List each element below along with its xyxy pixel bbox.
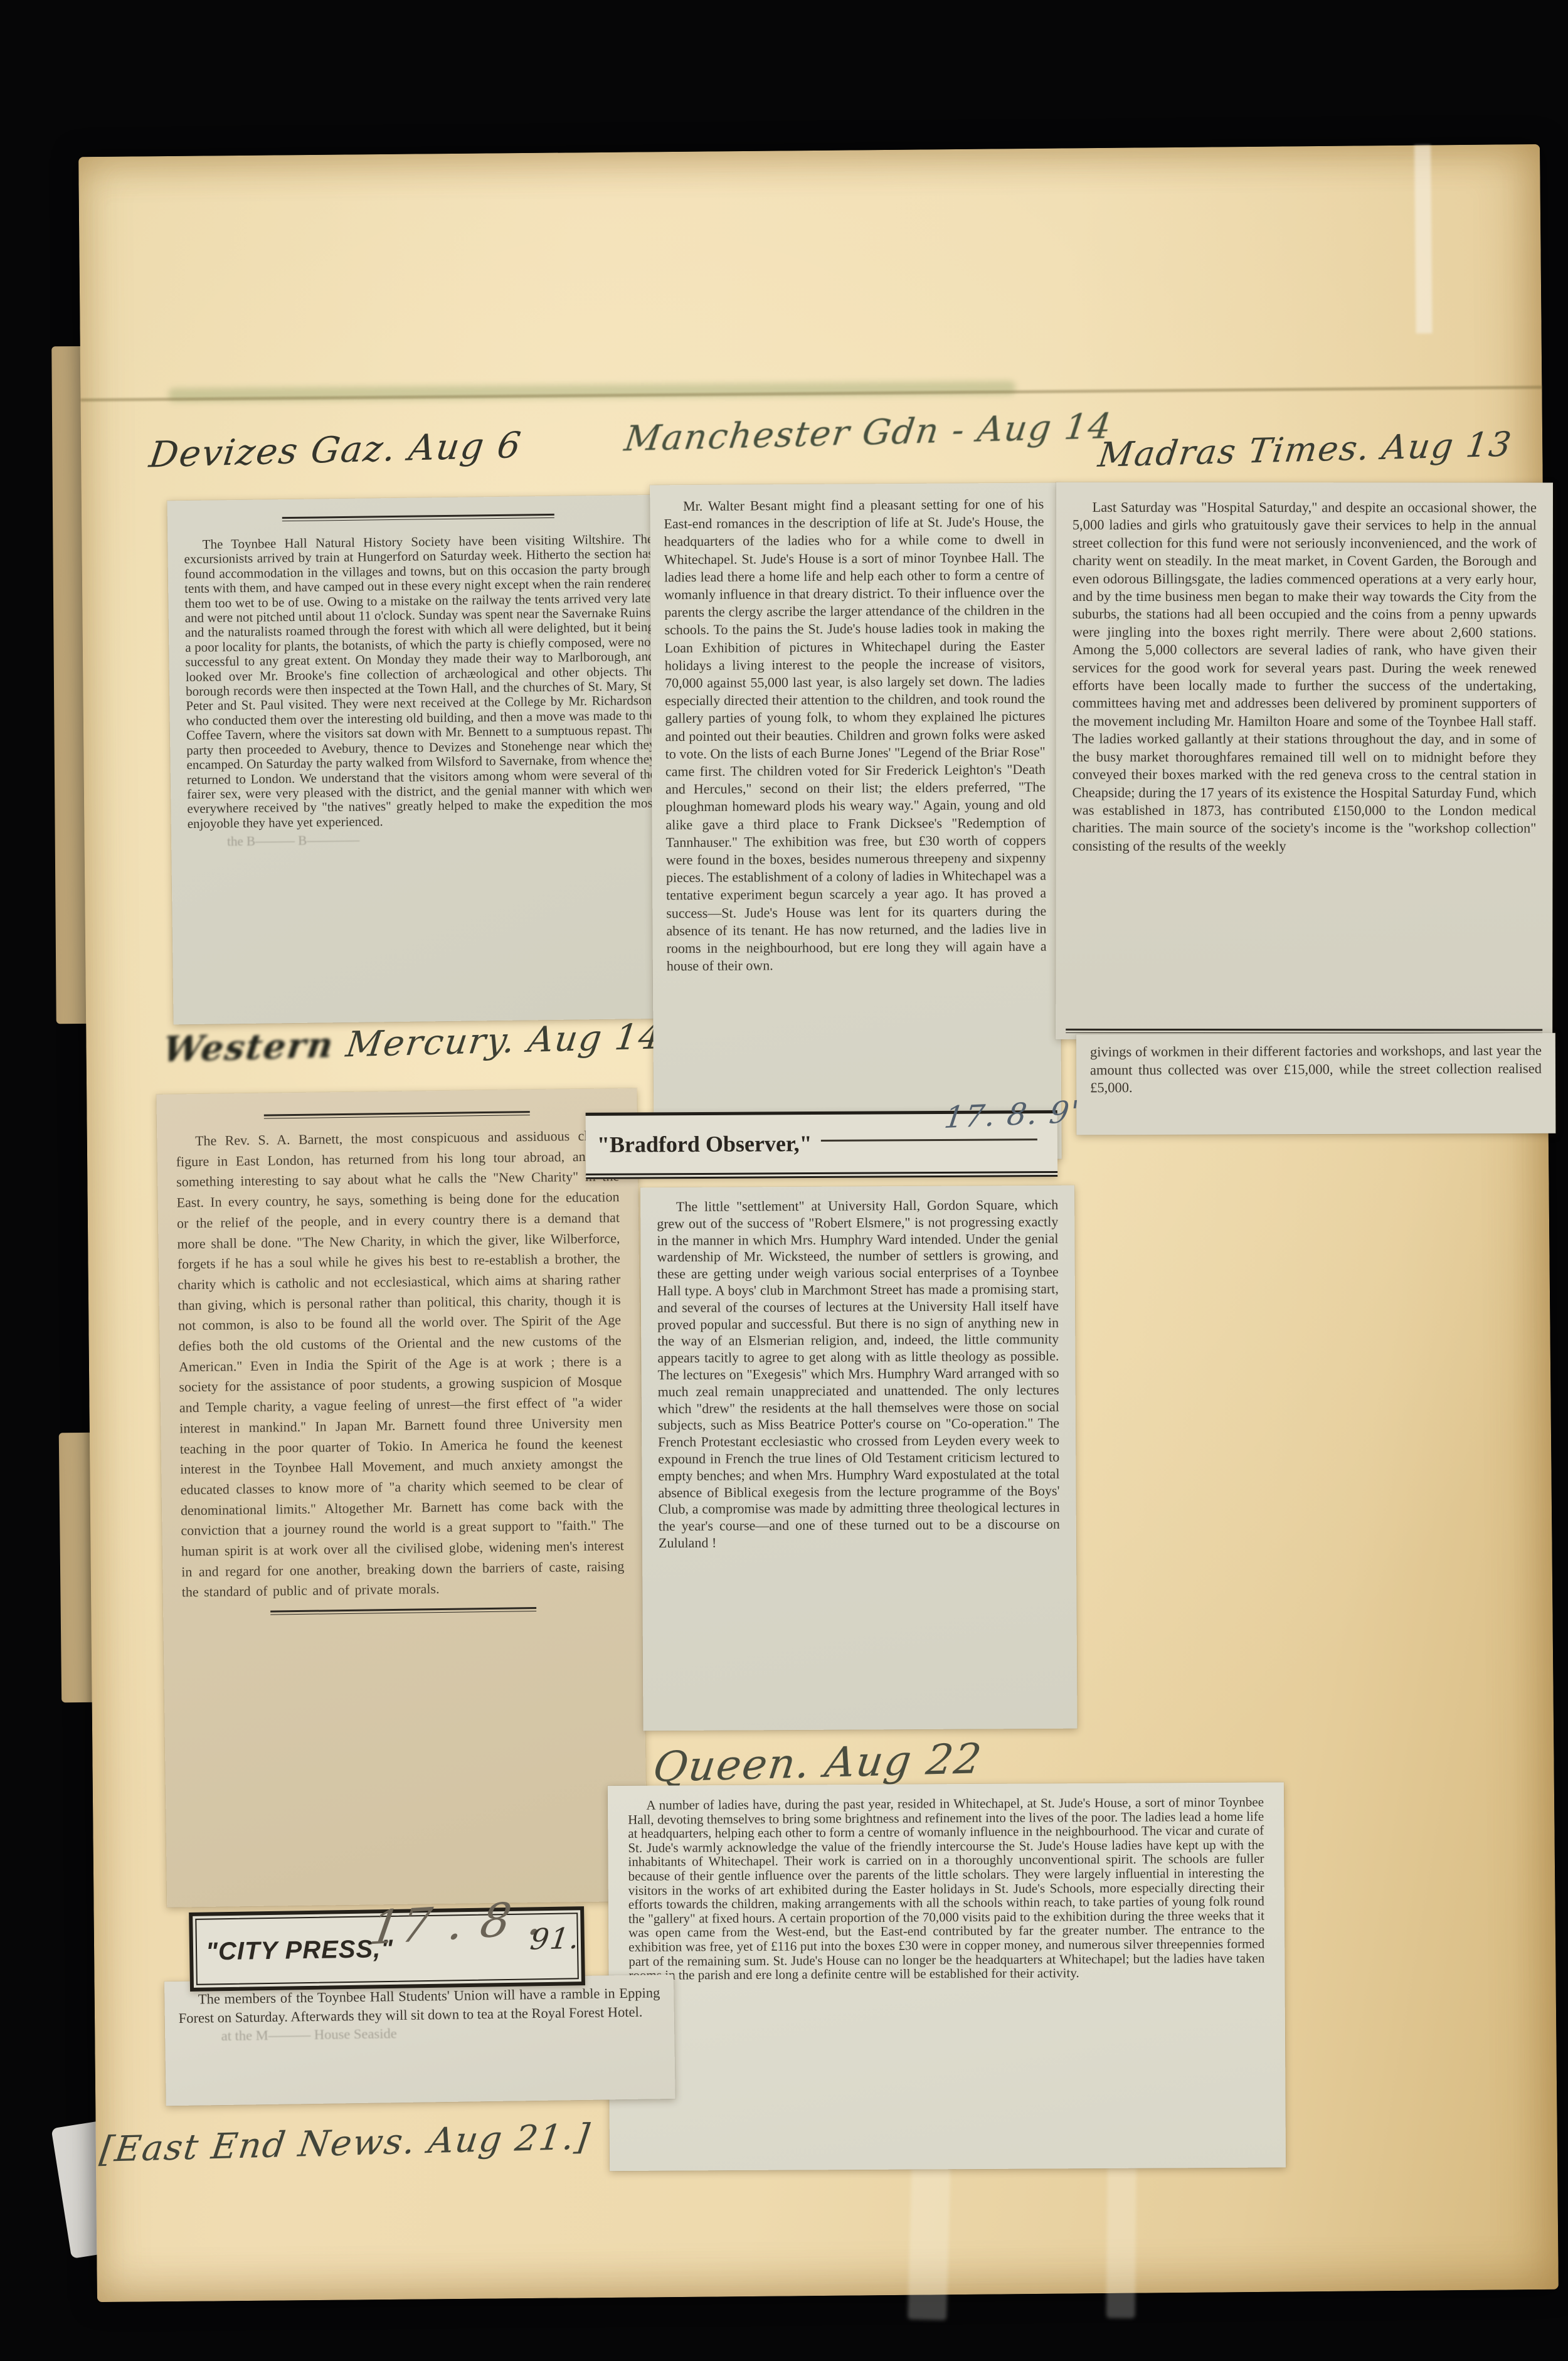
handwritten-source-east-end-news: [East End News. Aug 21.] xyxy=(98,2116,593,2170)
handwritten-year-city-press: 91. xyxy=(528,1921,582,1956)
source-name: Mercury. Aug 14 xyxy=(331,1016,665,1066)
clipping-queen: A number of ladies have, during the past… xyxy=(608,1782,1286,2171)
handwritten-source-queen: Queen. Aug 22 xyxy=(650,1734,985,1791)
handwritten-source-devizes-gazette: Devizes Gaz. Aug 6 xyxy=(147,425,524,476)
handwritten-date-city-press: 17 . 8 . xyxy=(366,1891,548,1956)
smudged-word: Western xyxy=(161,1024,337,1070)
clipping-city-press: The members of the Toynbee Hall Students… xyxy=(164,1975,675,2106)
clipping-text: The Rev. S. A. Barnett, the most conspic… xyxy=(176,1125,625,1603)
clipping-madras-times: Last Saturday was "Hospital Saturday," a… xyxy=(1056,482,1553,1040)
handwritten-date-bradford: 17. 8. 9' xyxy=(942,1095,1082,1135)
trimmed-partial-line: the B——— B———— xyxy=(188,829,657,850)
printed-rule xyxy=(264,1111,530,1119)
handwritten-source-manchester-guardian: Manchester Gdn - Aug 14 xyxy=(622,406,1115,459)
printed-rule xyxy=(282,514,554,521)
clipping-text: The little "settlement" at University Ha… xyxy=(657,1197,1060,1552)
clipping-madras-times-tail: givings of workmen in their different fa… xyxy=(1076,1033,1556,1135)
paper-nick xyxy=(1414,145,1433,333)
handwritten-source-madras-times: Madras Times. Aug 13 xyxy=(1096,425,1515,475)
clipping-text: A number of ladies have, during the past… xyxy=(628,1795,1265,1983)
printed-blank-line xyxy=(820,1138,1037,1142)
printed-newspaper-name: "Bradford Observer," xyxy=(597,1130,812,1158)
handwritten-source-western-mercury: Western Mercury. Aug 14 xyxy=(161,1016,665,1070)
clipping-bradford-observer: The little "settlement" at University Ha… xyxy=(640,1186,1078,1731)
printed-end-rule xyxy=(270,1607,536,1615)
clipping-text: givings of workmen in their different fa… xyxy=(1090,1042,1542,1097)
clipping-devizes-gazette: The Toynbee Hall Natural History Society… xyxy=(167,495,675,1025)
clipping-western-mercury-barnett: The Rev. S. A. Barnett, the most conspic… xyxy=(156,1088,647,1907)
clipping-text: Mr. Walter Besant might find a pleasant … xyxy=(664,496,1047,975)
clipping-text: Last Saturday was "Hospital Saturday," a… xyxy=(1072,499,1536,856)
photograph-background: Devizes Gaz. Aug 6 Manchester Gdn - Aug … xyxy=(0,0,1568,2361)
scrapbook-page: Devizes Gaz. Aug 6 Manchester Gdn - Aug … xyxy=(78,144,1559,2302)
clipping-manchester-guardian: Mr. Walter Besant might find a pleasant … xyxy=(650,482,1062,1161)
printed-newspaper-name: "CITY PRESS," xyxy=(206,1934,394,1966)
clipping-text: The Toynbee Hall Natural History Society… xyxy=(184,532,657,831)
